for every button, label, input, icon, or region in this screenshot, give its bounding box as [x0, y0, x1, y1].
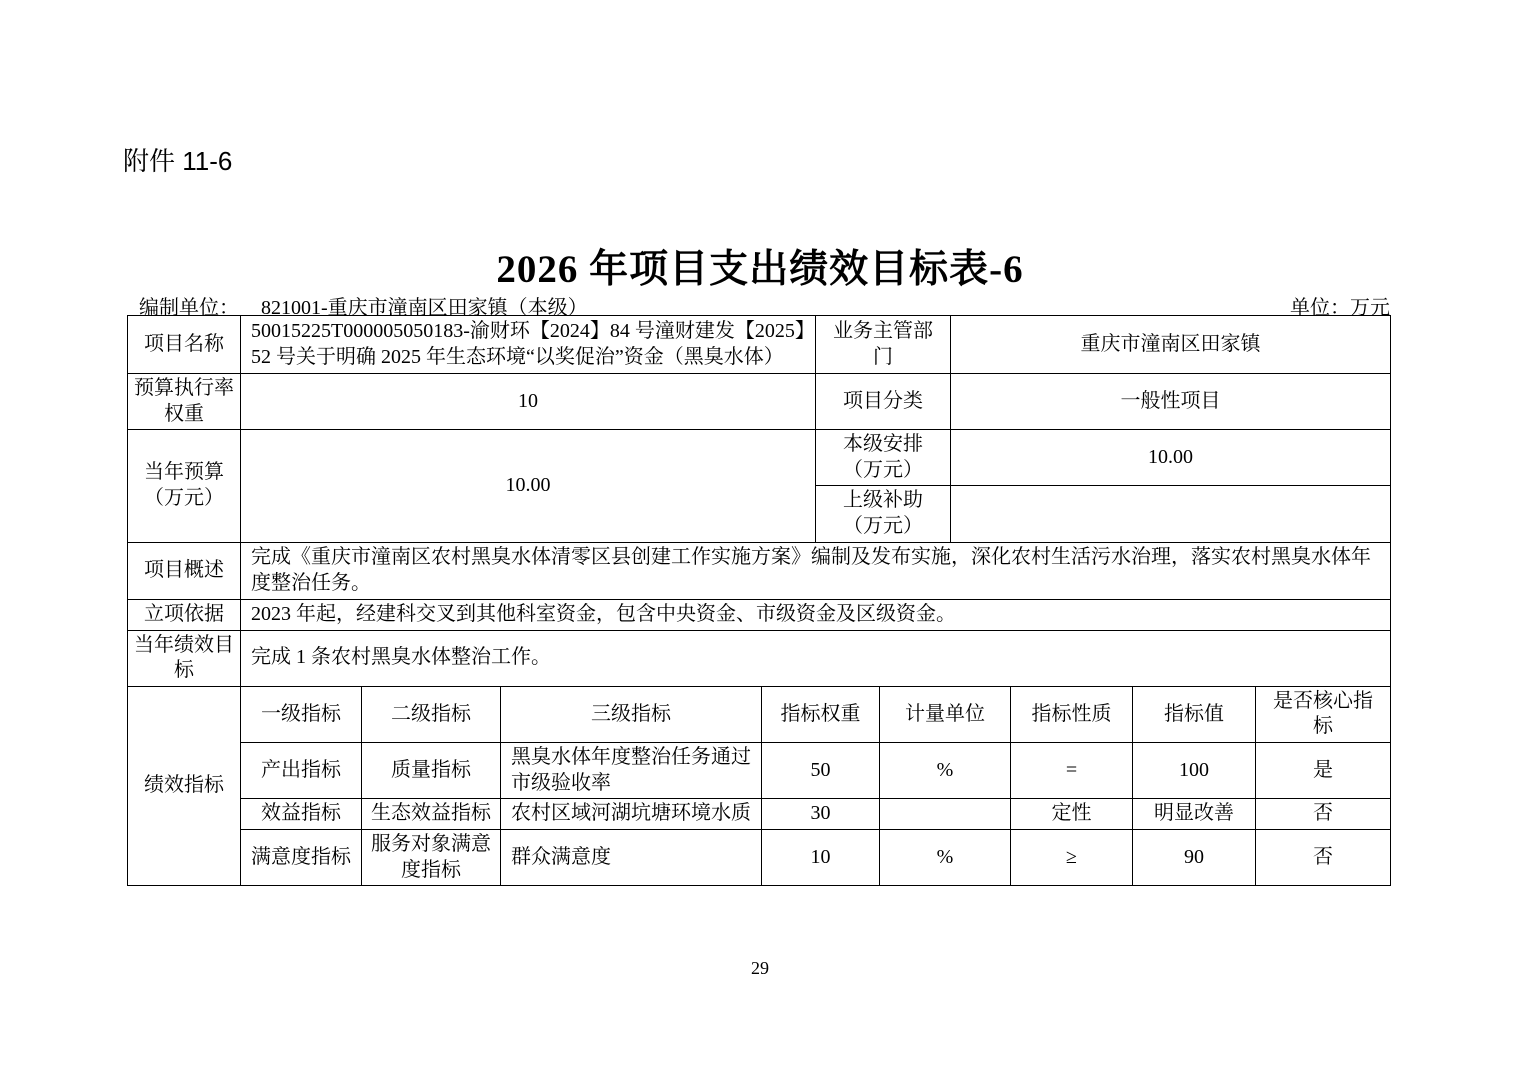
indicator-level1-cell: 满意度指标: [241, 830, 362, 886]
budget-exec-weight-value-cell: 10: [241, 374, 816, 430]
indicator-level2-cell: 质量指标: [362, 742, 501, 798]
basis-value-cell: 2023 年起，经建科交叉到其他科室资金，包含中央资金、市级资金及区级资金。: [241, 599, 1391, 630]
attachment-label: 附件 11-6: [123, 141, 232, 178]
year-budget-label-cell: 当年预算（万元）: [128, 430, 241, 542]
header-level3-cell: 三级指标: [501, 686, 762, 742]
table-row: 预算执行率权重 10 项目分类 一般性项目: [128, 374, 1391, 430]
indicator-level3-cell: 农村区域河湖坑塘环境水质: [501, 799, 762, 830]
indicator-level2-cell: 生态效益指标: [362, 799, 501, 830]
table-row: 立项依据 2023 年起，经建科交叉到其他科室资金，包含中央资金、市级资金及区级…: [128, 599, 1391, 630]
indicator-level2-cell: 服务对象满意度指标: [362, 830, 501, 886]
indicator-row: 产出指标 质量指标 黑臭水体年度整治任务通过市级验收率 50 % = 100 是: [128, 742, 1391, 798]
project-name-label-cell: 项目名称: [128, 316, 241, 374]
superior-subsidy-value-cell: [951, 486, 1391, 542]
indicator-core-cell: 否: [1256, 830, 1391, 886]
indicator-row: 满意度指标 服务对象满意度指标 群众满意度 10 % ≥ 90 否: [128, 830, 1391, 886]
header-unit-cell: 计量单位: [880, 686, 1011, 742]
indicator-weight-cell: 10: [762, 830, 880, 886]
header-value-cell: 指标值: [1133, 686, 1256, 742]
indicator-core-cell: 是: [1256, 742, 1391, 798]
budget-exec-weight-label-cell: 预算执行率权重: [128, 374, 241, 430]
page-title: 2026 年项目支出绩效目标表-6: [0, 238, 1520, 294]
indicator-nature-cell: ≥: [1011, 830, 1133, 886]
indicator-value-cell: 100: [1133, 742, 1256, 798]
basis-label-cell: 立项依据: [128, 599, 241, 630]
category-label-cell: 项目分类: [816, 374, 951, 430]
indicator-nature-cell: =: [1011, 742, 1133, 798]
overview-value-cell: 完成《重庆市潼南区农村黑臭水体清零区县创建工作实施方案》编制及发布实施，深化农村…: [241, 542, 1391, 599]
header-weight-cell: 指标权重: [762, 686, 880, 742]
year-budget-value-cell: 10.00: [241, 430, 816, 542]
overview-label-cell: 项目概述: [128, 542, 241, 599]
indicator-unit-cell: [880, 799, 1011, 830]
annual-target-value-cell: 完成 1 条农村黑臭水体整治工作。: [241, 630, 1391, 686]
indicator-nature-cell: 定性: [1011, 799, 1133, 830]
indicator-value-cell: 90: [1133, 830, 1256, 886]
indicator-core-cell: 否: [1256, 799, 1391, 830]
indicator-level1-cell: 效益指标: [241, 799, 362, 830]
local-arrangement-label-cell: 本级安排（万元）: [816, 430, 951, 486]
table-row: 当年预算（万元） 10.00 本级安排（万元） 10.00: [128, 430, 1391, 486]
indicator-row: 效益指标 生态效益指标 农村区域河湖坑塘环境水质 30 定性 明显改善 否: [128, 799, 1391, 830]
local-arrangement-value-cell: 10.00: [951, 430, 1391, 486]
table-row: 项目名称 50015225T000005050183-渝财环【2024】84 号…: [128, 316, 1391, 374]
indicator-header-row: 绩效指标 一级指标 二级指标 三级指标 指标权重 计量单位 指标性质 指标值 是…: [128, 686, 1391, 742]
tables-container: 项目名称 50015225T000005050183-渝财环【2024】84 号…: [127, 315, 1390, 886]
indicator-value-cell: 明显改善: [1133, 799, 1256, 830]
annual-target-label-cell: 当年绩效目标: [128, 630, 241, 686]
dept-label-cell: 业务主管部门: [816, 316, 951, 374]
header-nature-cell: 指标性质: [1011, 686, 1133, 742]
indicator-unit-cell: %: [880, 742, 1011, 798]
indicator-weight-cell: 50: [762, 742, 880, 798]
indicator-level3-cell: 群众满意度: [501, 830, 762, 886]
performance-indicator-table: 绩效指标 一级指标 二级指标 三级指标 指标权重 计量单位 指标性质 指标值 是…: [127, 686, 1391, 887]
header-core-cell: 是否核心指标: [1256, 686, 1391, 742]
indicator-unit-cell: %: [880, 830, 1011, 886]
indicator-level1-cell: 产出指标: [241, 742, 362, 798]
page-number: 29: [0, 958, 1520, 979]
header-level1-cell: 一级指标: [241, 686, 362, 742]
project-name-value-cell: 50015225T000005050183-渝财环【2024】84 号潼财建发【…: [241, 316, 816, 374]
indicator-weight-cell: 30: [762, 799, 880, 830]
table-row: 项目概述 完成《重庆市潼南区农村黑臭水体清零区县创建工作实施方案》编制及发布实施…: [128, 542, 1391, 599]
superior-subsidy-label-cell: 上级补助（万元）: [816, 486, 951, 542]
document-page: 附件 11-6 2026 年项目支出绩效目标表-6 编制单位： 821001-重…: [0, 0, 1520, 1074]
project-info-table: 项目名称 50015225T000005050183-渝财环【2024】84 号…: [127, 315, 1391, 687]
table-row: 当年绩效目标 完成 1 条农村黑臭水体整治工作。: [128, 630, 1391, 686]
category-value-cell: 一般性项目: [951, 374, 1391, 430]
indicator-level3-cell: 黑臭水体年度整治任务通过市级验收率: [501, 742, 762, 798]
header-level2-cell: 二级指标: [362, 686, 501, 742]
indicators-section-label-cell: 绩效指标: [128, 686, 241, 886]
dept-value-cell: 重庆市潼南区田家镇: [951, 316, 1391, 374]
